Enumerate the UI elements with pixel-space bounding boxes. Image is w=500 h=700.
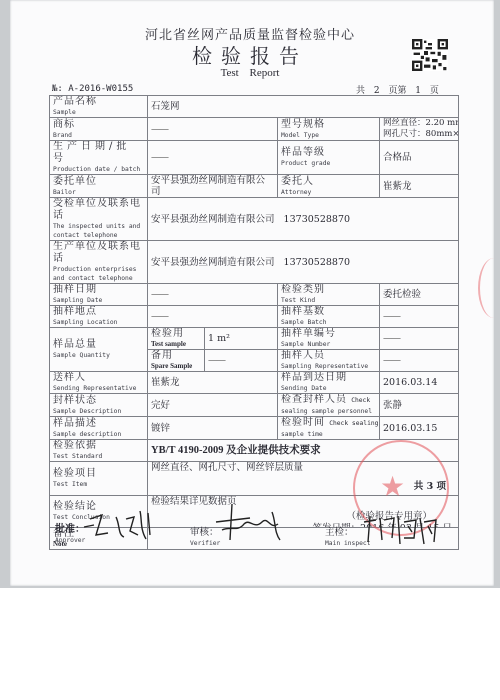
value-test-sample: 1 m² — [205, 328, 278, 350]
label-check-sealing-time: 检验时间 Check sealingsample time — [278, 417, 380, 440]
label-test-standard: 检验依据Test Standard — [50, 440, 148, 462]
value-model-type: 网丝直径：2.20 mm网孔尺寸：80mm×110mm — [380, 118, 459, 141]
label-brand: 商标Brand — [50, 118, 148, 141]
label-sample-description: 样品描述Sample description — [50, 417, 148, 440]
test-item-list: 网丝直径、网孔尺寸、网丝锌层质量 — [151, 462, 303, 473]
row-sampling-location: 抽样地点Sampling Location —— 抽样基数Sample Batc… — [50, 306, 459, 328]
main-inspect-signature — [360, 508, 450, 548]
value-sampling-representative: —— — [380, 350, 459, 372]
label-check-sealing-personnel: 检查封样人员 Checksealing sample personnel — [278, 394, 380, 417]
value-check-sealing-time: 2016.03.15 — [380, 417, 459, 440]
label-sampling-representative: 抽样人员Sampling Representative — [278, 350, 380, 372]
seal-star-icon: ★ — [380, 470, 405, 503]
value-sampling-date: —— — [148, 284, 278, 306]
value-sample: 石笼网 — [148, 96, 459, 118]
value-production-enterprises: 安平县强劲丝网制造有限公司 13730528870 — [148, 241, 459, 284]
row-brand: 商标Brand —— 型号规格Model Type 网丝直径：2.20 mm网孔… — [50, 118, 459, 141]
row-seal-status: 封样状态Sample Description 完好 检查封样人员 Checkse… — [50, 394, 459, 417]
qr-code-icon — [412, 39, 448, 71]
value-sample-description: 镀锌 — [148, 417, 278, 440]
value-bailor: 安平县强劲丝网制造有限公司 — [148, 175, 278, 198]
label-test-sample: 检验用Test sample — [148, 328, 205, 350]
label-product-grade: 样品等级Product grade — [278, 141, 380, 175]
value-brand: —— — [148, 118, 278, 141]
label-production-enterprises: 生产单位及联系电话Production enterprises and cont… — [50, 241, 148, 284]
label-bailor: 委托单位Bailor — [50, 175, 148, 198]
value-seal-status: 完好 — [148, 394, 278, 417]
row-production-enterprises: 生产单位及联系电话Production enterprises and cont… — [50, 241, 459, 284]
label-spare-sample: 备用Spare Sample — [148, 350, 205, 372]
verifier-signature — [210, 500, 290, 550]
row-sample: 产品名称Sample 石笼网 — [50, 96, 459, 118]
row-production-date: 生产日期/批号Production date / batch —— 样品等级Pr… — [50, 141, 459, 175]
row-sending-representative: 送样人Sending Representative 崔紫龙 样品到达日期Send… — [50, 372, 459, 394]
label-sending-representative: 送样人Sending Representative — [50, 372, 148, 394]
report-number: №: A-2016-W0155 — [52, 84, 133, 94]
label-sample-quantity: 样品总量Sample Quantity — [50, 328, 148, 372]
label-production-date: 生产日期/批号Production date / batch — [50, 141, 148, 175]
value-sampling-location: —— — [148, 306, 278, 328]
value-inspected-units: 安平县强劲丝网制造有限公司 13730528870 — [148, 198, 459, 241]
label-test-item: 检验项目Test Item — [50, 462, 148, 496]
row-sample-quantity-test: 样品总量Sample Quantity 检验用Test sample 1 m² … — [50, 328, 459, 350]
label-sampling-location: 抽样地点Sampling Location — [50, 306, 148, 328]
value-attorney: 崔紫龙 — [380, 175, 459, 198]
row-inspected-units: 受检单位及联系电话The inspected units and contact… — [50, 198, 459, 241]
value-test-kind: 委托检验 — [380, 284, 459, 306]
row-bailor: 委托单位Bailor 安平县强劲丝网制造有限公司 委托人Attorney 崔紫龙 — [50, 175, 459, 198]
approver-signature — [80, 505, 160, 545]
value-check-sealing-personnel: 张静 — [380, 394, 459, 417]
value-production-date: —— — [148, 141, 278, 175]
label-attorney: 委托人Attorney — [278, 175, 380, 198]
value-spare-sample: —— — [205, 350, 278, 372]
value-product-grade: 合格品 — [380, 141, 459, 175]
label-sample-number: 抽样单编号Sample Number — [278, 328, 380, 350]
value-sending-date: 2016.03.14 — [380, 372, 459, 394]
label-sampling-date: 抽样日期Sampling Date — [50, 284, 148, 306]
row-sample-description: 样品描述Sample description 镀锌 检验时间 Check sea… — [50, 417, 459, 440]
label-inspected-units: 受检单位及联系电话The inspected units and contact… — [50, 198, 148, 241]
label-sending-date: 样品到达日期Sending Date — [278, 372, 380, 394]
row-sampling-date: 抽样日期Sampling Date —— 检验类别Test Kind 委托检验 — [50, 284, 459, 306]
label-sample-batch: 抽样基数Sample Batch — [278, 306, 380, 328]
value-sending-representative: 崔紫龙 — [148, 372, 278, 394]
label-model-type: 型号规格Model Type — [278, 118, 380, 141]
label-sample: 产品名称Sample — [50, 96, 148, 118]
label-test-kind: 检验类别Test Kind — [278, 284, 380, 306]
label-seal-status: 封样状态Sample Description — [50, 394, 148, 417]
value-sample-number: —— — [380, 328, 459, 350]
value-sample-batch: —— — [380, 306, 459, 328]
